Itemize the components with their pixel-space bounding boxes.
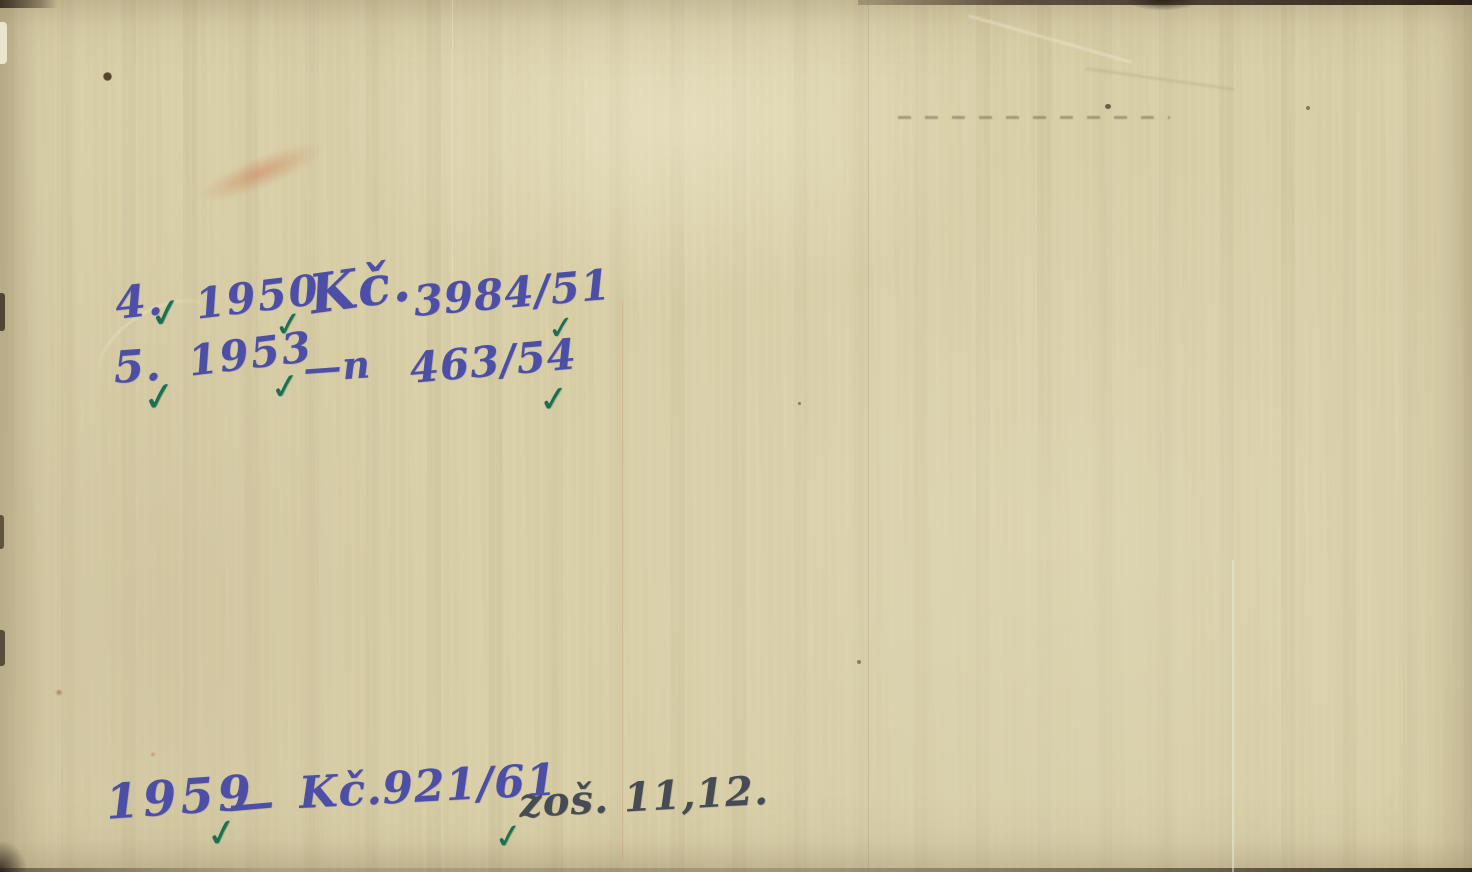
- card-edge-highlight: [0, 22, 7, 64]
- paper-crease-dotted: [898, 116, 1170, 119]
- paper-fiber-line: [452, 0, 453, 380]
- check-icon: ✓: [146, 291, 186, 336]
- card-corner-shadow: [0, 842, 26, 872]
- paper-crease: [968, 15, 1132, 64]
- entry-3-annotation: zoš. 11,12.: [518, 771, 770, 824]
- card-edge-shadow-top: [858, 0, 1472, 5]
- check-icon: ✓: [268, 368, 303, 408]
- entry-1-case-number: 3984/51: [412, 264, 613, 323]
- ink-speck: [1105, 104, 1111, 109]
- card-edge-mark-left: [0, 630, 5, 666]
- card-edge-shadow-top-left: [0, 0, 58, 8]
- card-edge-shadow-bottom: [0, 868, 1472, 872]
- red-pencil-smudge-stain: [194, 135, 326, 212]
- card-edge-notch: [1128, 0, 1198, 10]
- paper-crease: [1086, 68, 1235, 91]
- ink-speck: [857, 660, 861, 664]
- check-icon: ✓: [140, 375, 179, 419]
- scanned-index-card: 4. ✓ 1950 ✓ Kč. 3984/51 ✓ 5. ✓ 1953 ✓ —n…: [0, 0, 1472, 872]
- ink-speck: [798, 402, 801, 405]
- ink-speck: [1306, 106, 1310, 110]
- paper-fiber-line: [1232, 560, 1234, 872]
- rust-speck: [55, 689, 63, 696]
- rust-speck: [150, 752, 156, 757]
- card-edge-mark-left: [0, 293, 5, 331]
- check-icon: ✓: [537, 381, 571, 420]
- entry-2-ditto-mark: —n: [302, 345, 372, 388]
- entry-1-reference-label: Kč.: [306, 254, 414, 322]
- ink-speck: [103, 72, 112, 81]
- check-icon: ✓: [203, 811, 241, 854]
- card-edge-mark-left: [0, 515, 4, 549]
- paper-fiber-line: [868, 0, 869, 872]
- entry-1-year: 1950: [193, 269, 322, 326]
